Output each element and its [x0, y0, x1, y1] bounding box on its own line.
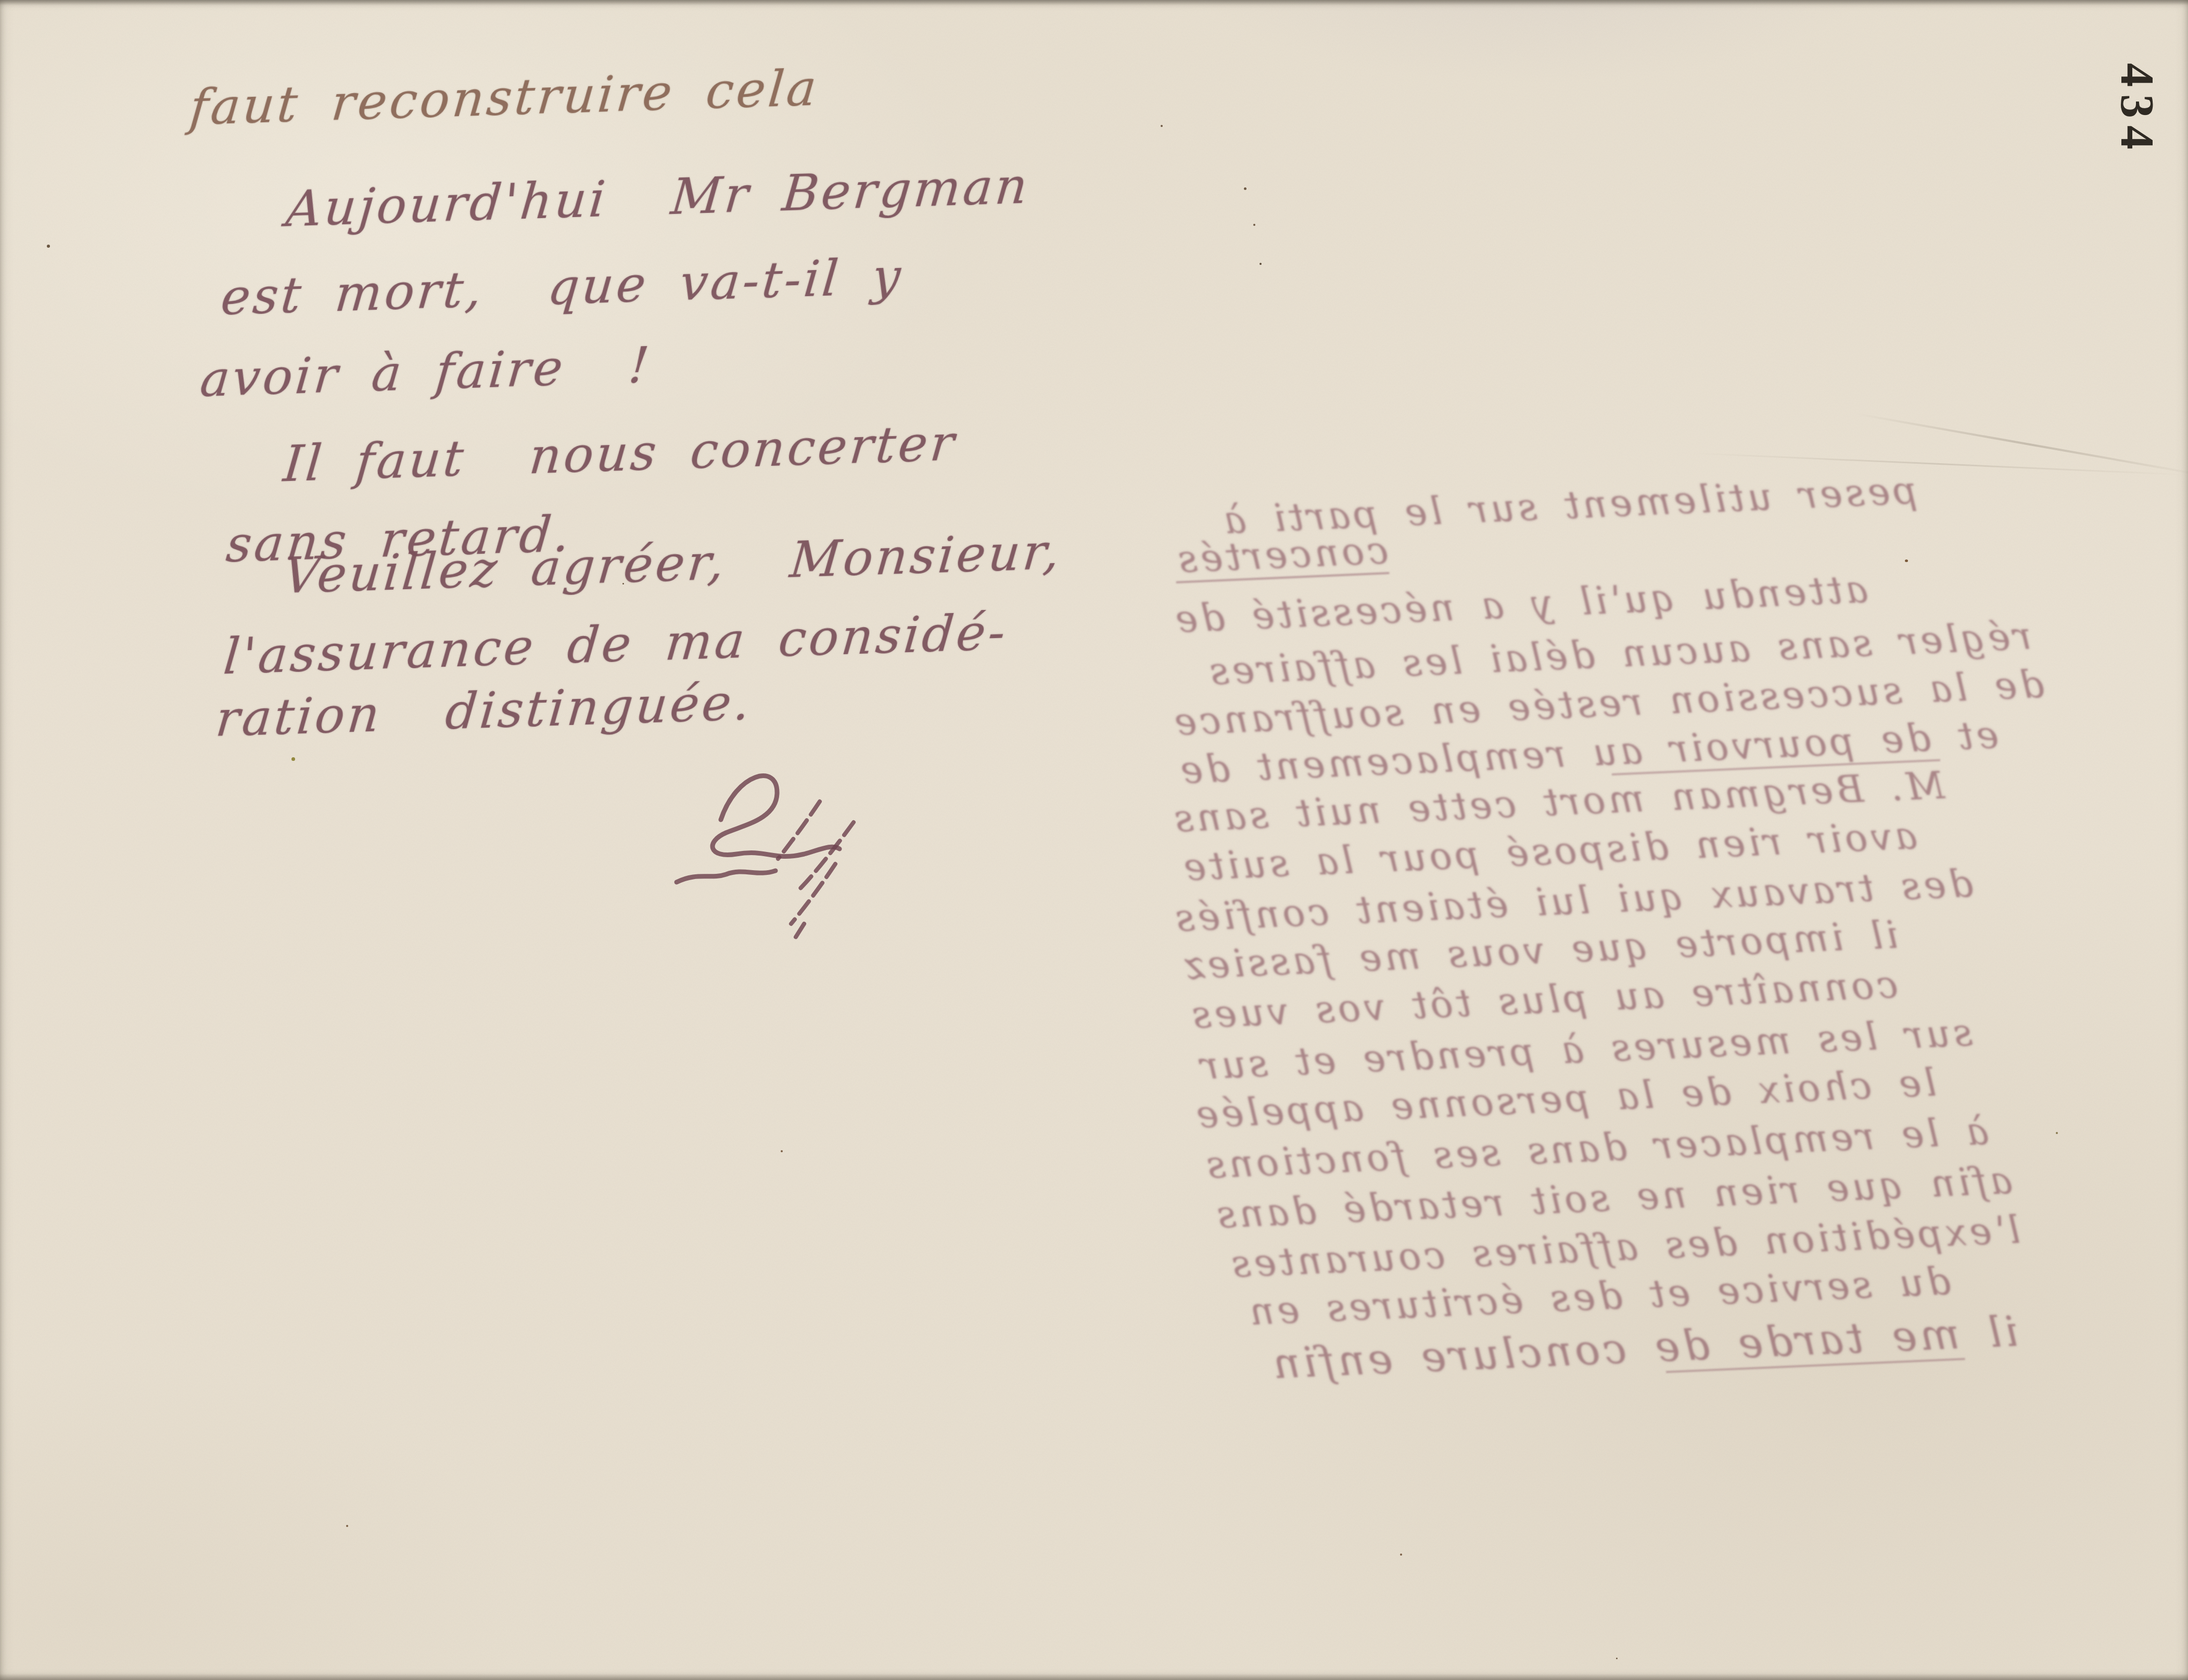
page-number-stamp: 434	[2093, 45, 2182, 175]
letter-line: avoir à faire !	[198, 341, 654, 405]
signature-flourish	[648, 752, 893, 950]
scan-edge-shadow	[0, 1674, 2188, 1680]
page-number-text: 434	[2110, 63, 2165, 157]
scan-edge-shadow	[0, 0, 2188, 5]
scanned-letter-page: peser utilement sur le parti à concertés…	[0, 0, 2188, 1680]
